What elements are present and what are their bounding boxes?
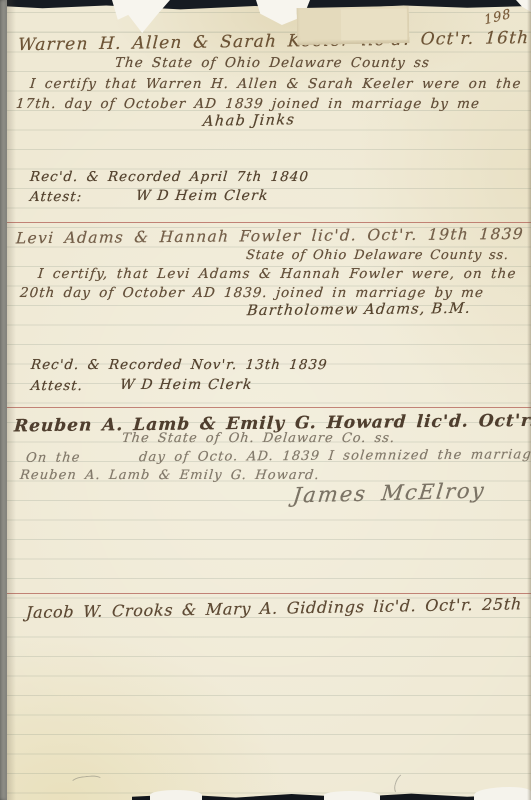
entry-2-body-line2: 20th day of October AD 1839. joined in m… bbox=[19, 285, 484, 301]
entry-3-body-line2: Reuben A. Lamb & Emily G. Howard. bbox=[19, 468, 320, 483]
entry-1-clerk-signature: W D Heim Clerk bbox=[135, 188, 269, 204]
entry-3-state-line: The State of Oh. Delaware Co. ss. bbox=[121, 431, 396, 446]
ledger-page-scan: Warren H. Allen & Sarah Keeler lic'd. Oc… bbox=[0, 0, 531, 800]
entry-2-state-line: State of Ohio Delaware County ss. bbox=[245, 248, 509, 263]
gutter-shadow bbox=[7, 0, 16, 800]
entry-1-body-line1: I certify that Warren H. Allen & Sarah K… bbox=[29, 76, 522, 92]
book-gutter-edge bbox=[0, 0, 7, 800]
entry-2-clerk-signature: W D Heim Clerk bbox=[119, 377, 253, 393]
entry-2-body-line1: I certify, that Levi Adams & Hannah Fowl… bbox=[37, 266, 517, 282]
page-right-edge bbox=[527, 0, 531, 800]
paper-tear bbox=[474, 787, 531, 800]
paper-tear bbox=[150, 790, 202, 800]
entry-1-recorded-line: Rec'd. & Recorded April 7th 1840 bbox=[29, 169, 309, 185]
section-divider-red bbox=[7, 222, 531, 223]
entry-1-attest-label: Attest: bbox=[29, 189, 83, 205]
entry-1-body-line2: 17th. day of October AD 1839 joined in m… bbox=[15, 96, 480, 112]
entry-1-state-line: The State of Ohio Delaware County ss bbox=[114, 55, 430, 71]
repair-patch bbox=[341, 9, 407, 41]
paper-tear bbox=[324, 791, 380, 800]
entry-2-signature: Bartholomew Adams, B.M. bbox=[246, 301, 471, 319]
entry-1-signature: Ahab Jinks bbox=[202, 112, 296, 130]
entry-2-attest-label: Attest. bbox=[30, 378, 83, 394]
section-divider-red bbox=[7, 593, 531, 594]
entry-2-recorded-line: Rec'd. & Recorded Nov'r. 13th 1839 bbox=[30, 357, 328, 373]
section-divider-red bbox=[7, 407, 531, 408]
entry-3-signature: James McElroy bbox=[292, 478, 487, 507]
